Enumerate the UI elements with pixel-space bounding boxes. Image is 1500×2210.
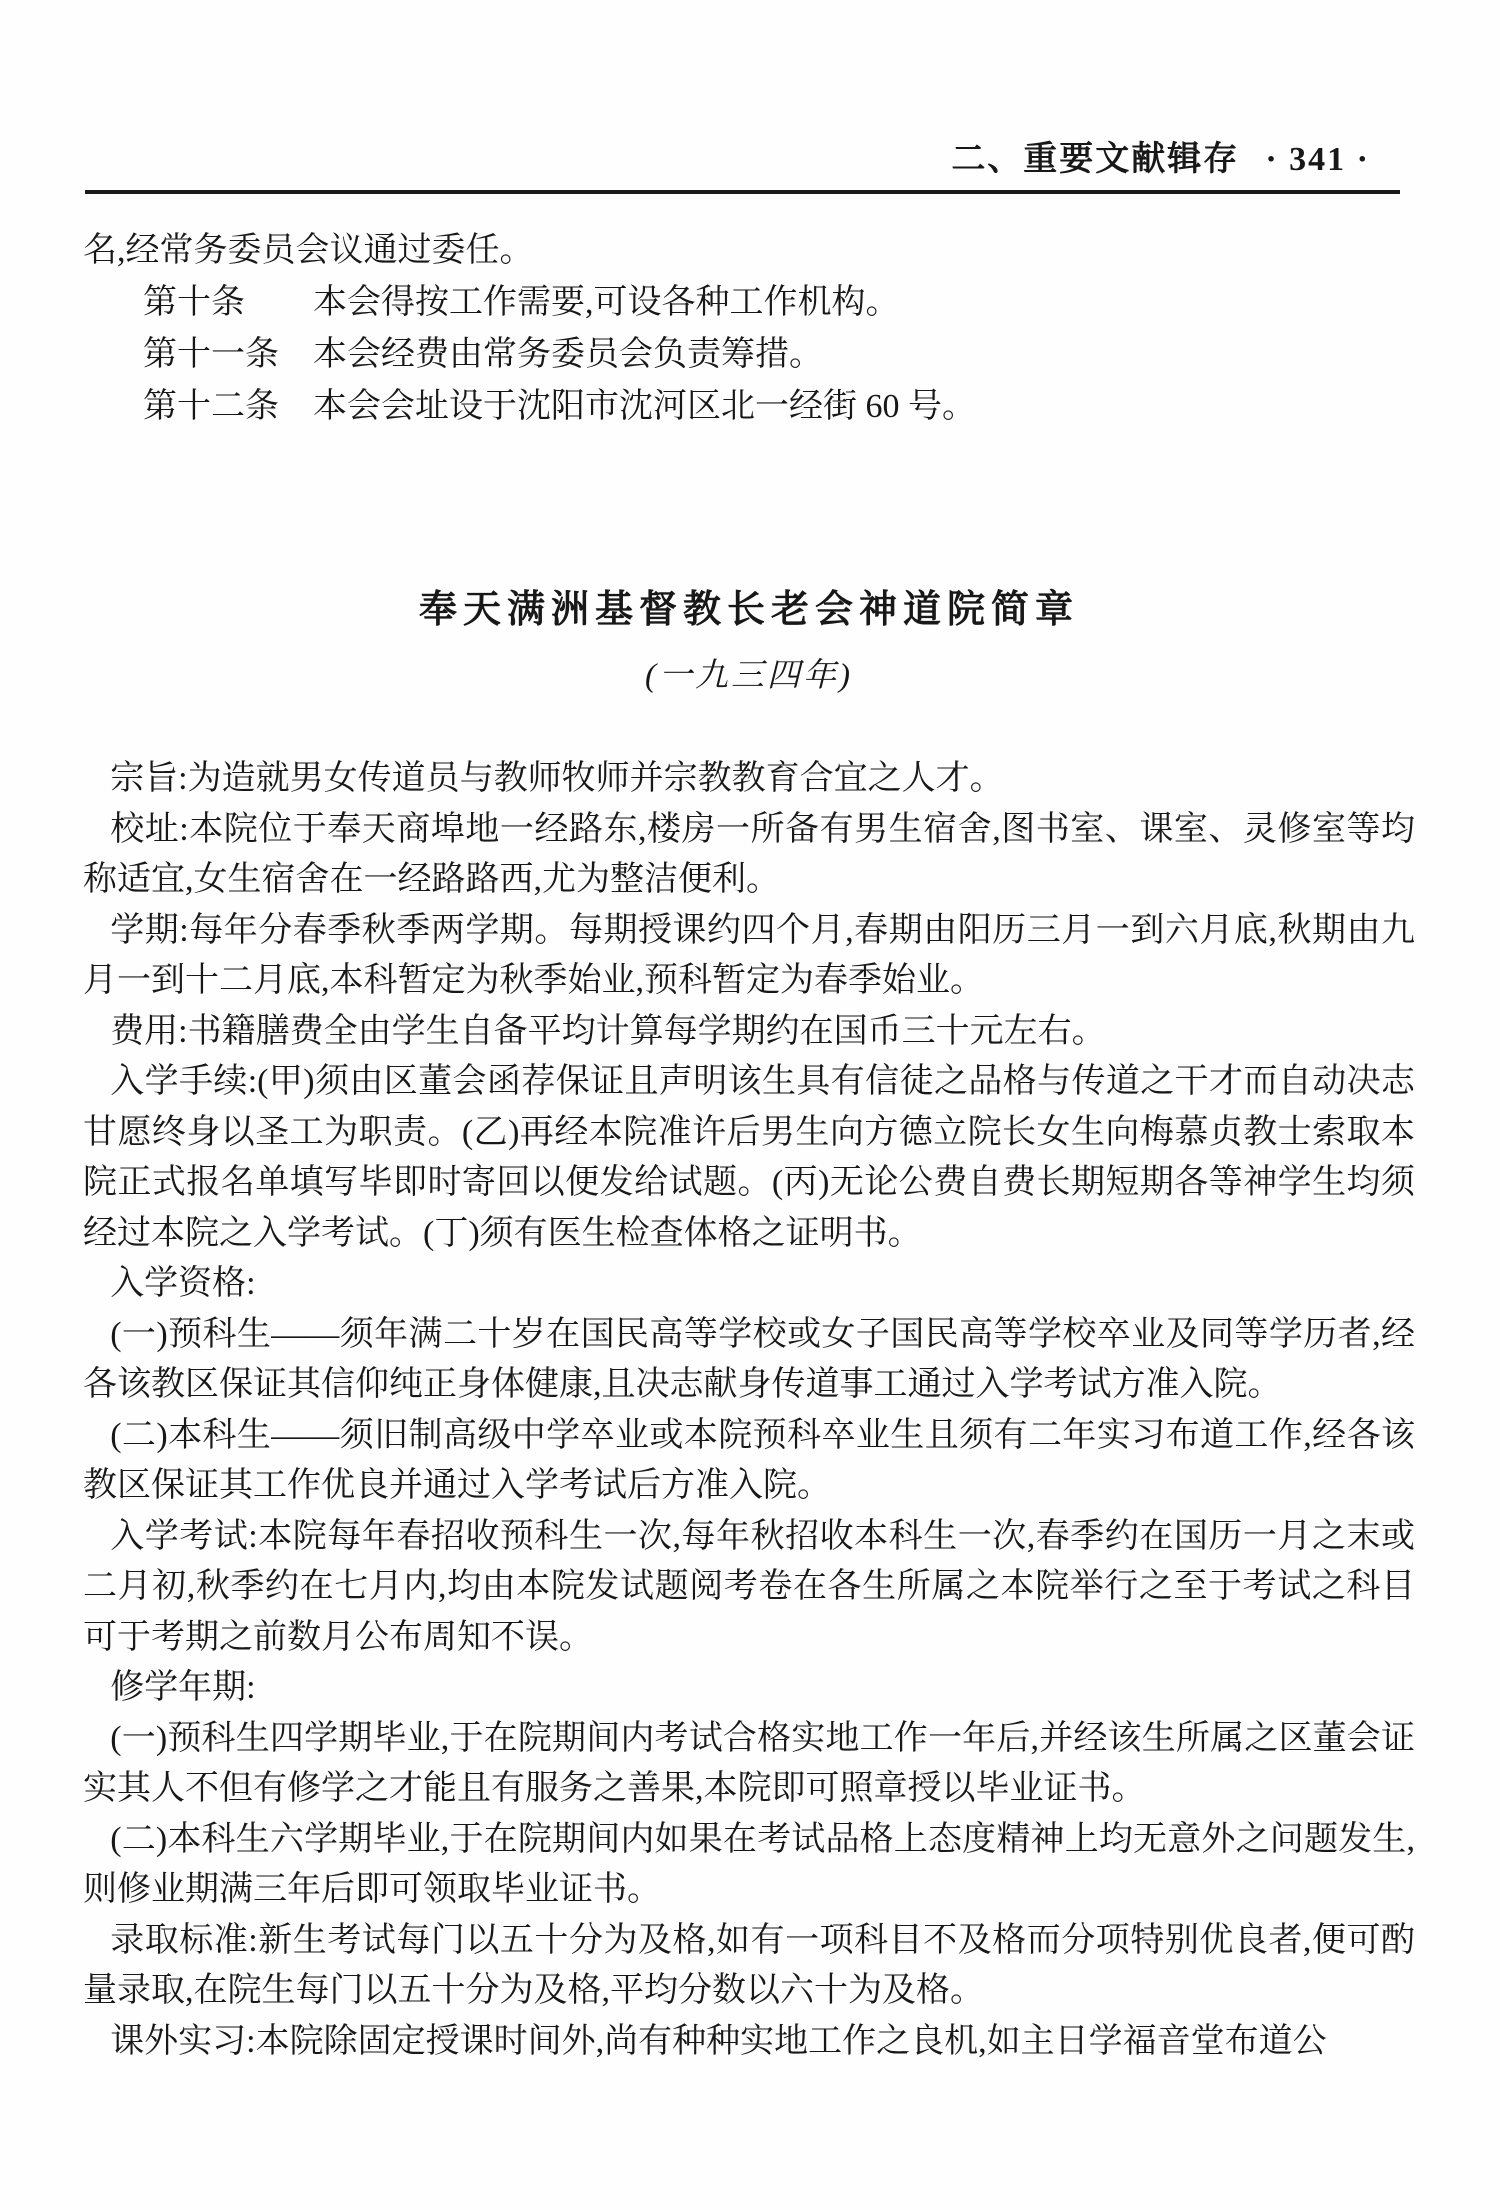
paragraph-semesters: 学期:每年分春季秋季两学期。每期授课约四个月,春期由阳历三月一到六月底,秋期由九… xyxy=(83,906,1415,1007)
paragraph-extracurricular: 课外实习:本院除固定授课时间外,尚有种种实地工作之良机,如主日学福音堂布道公 xyxy=(83,2017,1415,2068)
continuation-line: 名,经常务委员会议通过委任。 xyxy=(83,225,1415,277)
article-line-10: 第十条 本会得按工作需要,可设各种工作机构。 xyxy=(83,277,1415,329)
book-page: 二、重要文献辑存· 341 · 名,经常务委员会议通过委任。 第十条 本会得按工… xyxy=(0,0,1500,2210)
page-content: 名,经常务委员会议通过委任。 第十条 本会得按工作需要,可设各种工作机构。 第十… xyxy=(83,0,1415,2067)
paragraph-qualification-2: (二)本科生——须旧制高级中学卒业或本院预科卒业生且须有二年实习布道工作,经各该… xyxy=(83,1411,1415,1512)
document-title: 奉天满洲基督教长老会神道院简章 xyxy=(83,585,1415,635)
paragraph-admission-procedure: 入学手续:(甲)须由区董会函荐保证且声明该生具有信徒之品格与传道之干才而自动决志… xyxy=(83,1057,1415,1259)
paragraph-grading-standard: 录取标准:新生考试每门以五十分为及格,如有一项科目不及格而分项特别优良者,便可酌… xyxy=(83,1916,1415,2017)
document-date-line: (一九三四年) xyxy=(83,653,1415,699)
paragraph-qualifications-heading: 入学资格: xyxy=(83,1259,1415,1310)
paragraph-address: 校址:本院位于奉天商埠地一经路东,楼房一所备有男生宿舍,图书室、课室、灵修室等均… xyxy=(83,805,1415,906)
previous-document-end: 名,经常务委员会议通过委任。 第十条 本会得按工作需要,可设各种工作机构。 第十… xyxy=(83,225,1415,433)
paragraph-entrance-exam: 入学考试:本院每年春招收预科生一次,每年秋招收本科生一次,春季约在国历一月之末或… xyxy=(83,1512,1415,1664)
paragraph-study-period-1: (一)预科生四学期毕业,于在院期间内考试合格实地工作一年后,并经该生所属之区董会… xyxy=(83,1714,1415,1815)
paragraph-study-period-2: (二)本科生六学期毕业,于在院期间内如果在考试品格上态度精神上均无意外之问题发生… xyxy=(83,1815,1415,1916)
article-line-11: 第十一条 本会经费由常务委员会负责筹措。 xyxy=(83,329,1415,381)
paragraph-fees: 费用:书籍膳费全由学生自备平均计算每学期约在国币三十元左右。 xyxy=(83,1007,1415,1058)
paragraph-qualification-1: (一)预科生——须年满二十岁在国民高等学校或女子国民高等学校卒业及同等学历者,经… xyxy=(83,1310,1415,1411)
article-line-12: 第十二条 本会会址设于沈阳市沈河区北一经街 60 号。 xyxy=(83,381,1415,433)
paragraph-study-period-heading: 修学年期: xyxy=(83,1663,1415,1714)
document-body: 宗旨:为造就男女传道员与教师牧师并宗教教育合宜之人才。 校址:本院位于奉天商埠地… xyxy=(83,754,1415,2067)
paragraph-purpose: 宗旨:为造就男女传道员与教师牧师并宗教教育合宜之人才。 xyxy=(83,754,1415,805)
